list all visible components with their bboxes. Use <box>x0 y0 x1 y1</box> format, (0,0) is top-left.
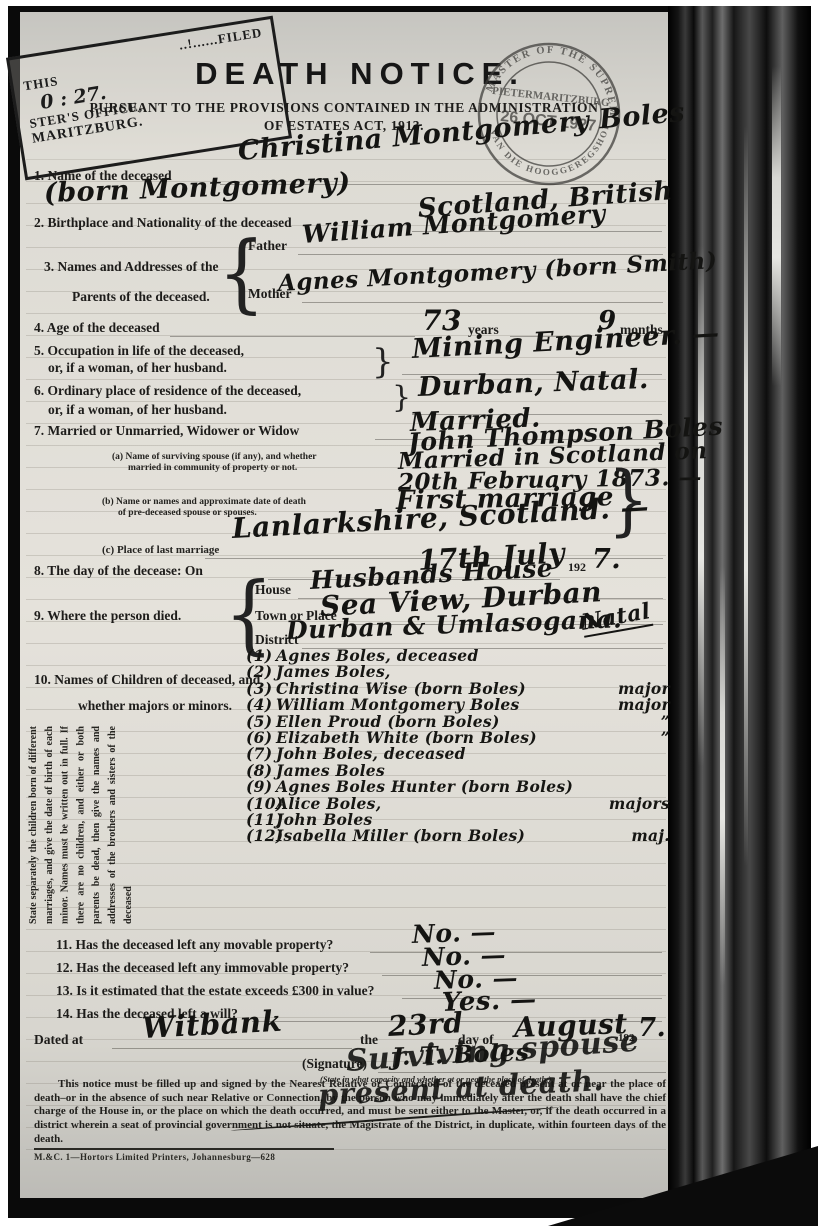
field12-label: 12. Has the deceased left any immovable … <box>56 960 349 976</box>
child-row: (12) Isabella Miller (born Boles) maj. <box>246 826 676 842</box>
book-fore-edge <box>668 6 811 1218</box>
printer-imprint: M.&C. 1—Hortors Limited Printers, Johann… <box>34 1152 275 1162</box>
scanned-death-notice-page: ..!......FILED THIS 0 : 27. STER'S OFFIC… <box>0 0 825 1226</box>
child-name-handwritten: John Boles, deceased <box>276 744 466 760</box>
child-name-handwritten: Agnes Boles, deceased <box>276 646 479 662</box>
child-name-handwritten: Elizabeth White (born Boles) <box>276 728 537 744</box>
child-name-handwritten: Agnes Boles Hunter (born Boles) <box>276 777 573 793</box>
field9-label: 9. Where the person died. <box>34 608 181 624</box>
child-number: (10) <box>246 794 276 810</box>
field10-label-line2: whether majors or minors. <box>78 698 232 714</box>
child-row: (6) Elizabeth White (born Boles) ” <box>246 728 676 744</box>
child-row: (4) William Montgomery Boles major <box>246 695 676 711</box>
field7b-label-line1: (b) Name or names and approximate date o… <box>102 497 306 507</box>
child-number: (4) <box>246 695 276 711</box>
child-majority-note <box>670 777 676 793</box>
child-number: (3) <box>246 679 276 695</box>
child-majority-note <box>670 646 676 662</box>
children-list: (1) Agnes Boles, deceased (2) James Bole… <box>246 646 676 843</box>
field13-label: 13. Is it estimated that the estate exce… <box>56 983 374 999</box>
child-row: (8) James Boles <box>246 761 676 777</box>
child-majority-note: ” <box>661 728 676 744</box>
child-name-handwritten: Christina Wise (born Boles) <box>276 679 526 695</box>
child-name-handwritten: James Boles, <box>276 662 391 678</box>
field6-label-line1: 6. Ordinary place of residence of the de… <box>34 383 301 399</box>
child-row: (7) John Boles, deceased <box>246 744 676 760</box>
fill-line <box>170 336 415 337</box>
field3-label-line2: Parents of the deceased. <box>72 289 210 305</box>
child-name-handwritten: Isabella Miller (born Boles) <box>276 826 525 842</box>
house-label: House <box>255 582 291 598</box>
child-majority-note: major <box>618 679 676 695</box>
field6-value-handwritten: Durban, Natal. <box>417 364 649 403</box>
field7a-label-line2: married in community of property or not. <box>128 463 297 473</box>
child-number: (2) <box>246 662 276 678</box>
field5-label-line2: or, if a woman, of her husband. <box>48 360 227 376</box>
dated-year-handwritten: 7. <box>638 1013 666 1043</box>
child-name-handwritten: Ellen Proud (born Boles) <box>276 712 500 728</box>
child-row: (1) Agnes Boles, deceased <box>246 646 676 662</box>
dated-at-label: Dated at <box>34 1032 83 1048</box>
child-majority-note: majors <box>609 794 676 810</box>
child-number: (9) <box>246 777 276 793</box>
field7-label: 7. Married or Unmarried, Widower or Wido… <box>34 423 299 439</box>
field3-label-line1: 3. Names and Addresses of the <box>44 259 219 275</box>
fill-line <box>112 1048 352 1049</box>
field8-label: 8. The day of the decease: On <box>34 563 203 579</box>
child-number: (11) <box>246 810 276 826</box>
child-number: (6) <box>246 728 276 744</box>
children-instruction-vertical-note: State separately the children born of di… <box>26 726 126 924</box>
field11-label: 11. Has the deceased left any movable pr… <box>56 937 333 953</box>
page-edge-streak <box>772 66 781 386</box>
child-number: (1) <box>246 646 276 662</box>
child-majority-note: maj. <box>631 826 676 842</box>
child-name-handwritten: William Montgomery Boles <box>276 695 520 711</box>
fill-line <box>302 302 663 303</box>
child-name-handwritten: John Boles <box>276 810 373 826</box>
child-majority-note: ” <box>661 712 676 728</box>
child-majority-note <box>670 744 676 760</box>
footer-divider <box>34 1148 334 1150</box>
field5-label-line1: 5. Occupation in life of the deceased, <box>34 343 244 359</box>
child-row: (9) Agnes Boles Hunter (born Boles) <box>246 777 676 793</box>
child-name-handwritten: Alice Boles, <box>276 794 381 810</box>
field7c-label: (c) Place of last marriage <box>102 544 219 556</box>
death-notice-form: ..!......FILED THIS 0 : 27. STER'S OFFIC… <box>20 12 668 1198</box>
page-edge-streak <box>744 126 748 866</box>
field6-brace: } <box>392 380 411 415</box>
child-majority-note <box>670 761 676 777</box>
dated-place-handwritten: Witbank <box>141 1004 283 1045</box>
child-name-handwritten: James Boles <box>276 761 385 777</box>
child-row: (5) Ellen Proud (born Boles) ” <box>246 712 676 728</box>
field8-year-handwritten: 7. <box>592 544 621 575</box>
fill-line <box>370 952 662 953</box>
child-majority-note <box>670 662 676 678</box>
field8-year-printed: 192 <box>568 560 586 575</box>
child-number: (7) <box>246 744 276 760</box>
child-number: (12) <box>246 826 276 842</box>
fill-line <box>382 975 662 976</box>
page-edge-streak <box>720 566 725 986</box>
field10-label-line1: 10. Names of Children of deceased, and <box>34 672 260 688</box>
child-number: (5) <box>246 712 276 728</box>
child-number: (8) <box>246 761 276 777</box>
father-label: Father <box>248 238 287 254</box>
field6-label-line2: or, if a woman, of her husband. <box>48 402 227 418</box>
child-majority-note: major <box>618 695 676 711</box>
field5-brace: } <box>372 342 394 382</box>
child-row: (3) Christina Wise (born Boles) major <box>246 679 676 695</box>
field4-label: 4. Age of the deceased <box>34 320 160 336</box>
child-majority-note <box>670 810 676 826</box>
field7a-label-line1: (a) Name of surviving spouse (if any), a… <box>112 452 317 462</box>
